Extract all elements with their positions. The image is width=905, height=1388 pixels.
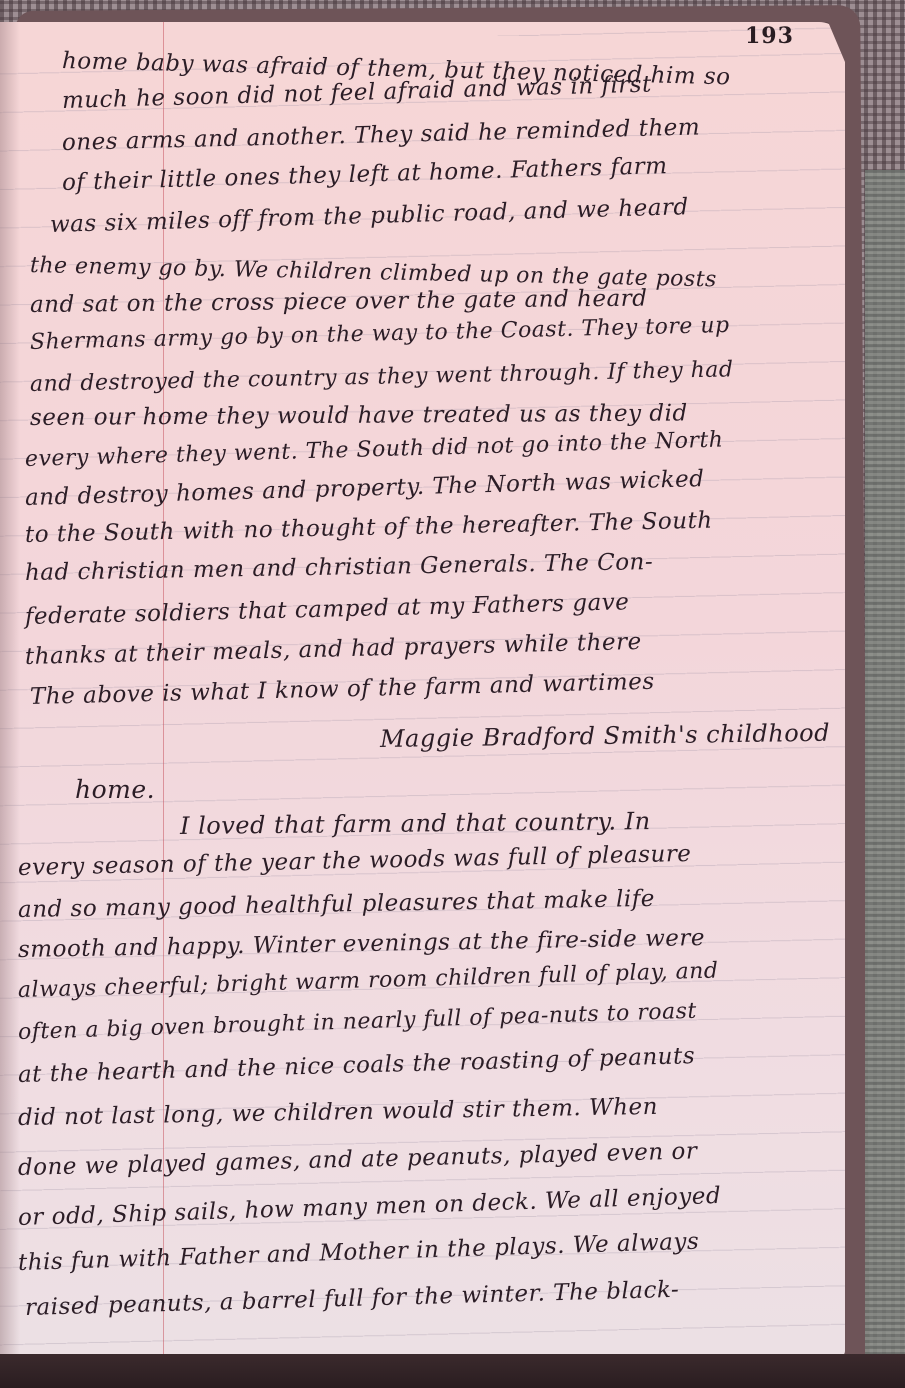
text-line: seen our home they would have treated us… — [30, 400, 688, 431]
book-bottom-edge — [0, 1354, 905, 1388]
cloth-binding-strip — [865, 170, 905, 1388]
section-heading: home. — [75, 775, 155, 804]
text-line: I loved that farm and that country. In — [180, 807, 651, 840]
page-number: 193 — [745, 23, 794, 49]
